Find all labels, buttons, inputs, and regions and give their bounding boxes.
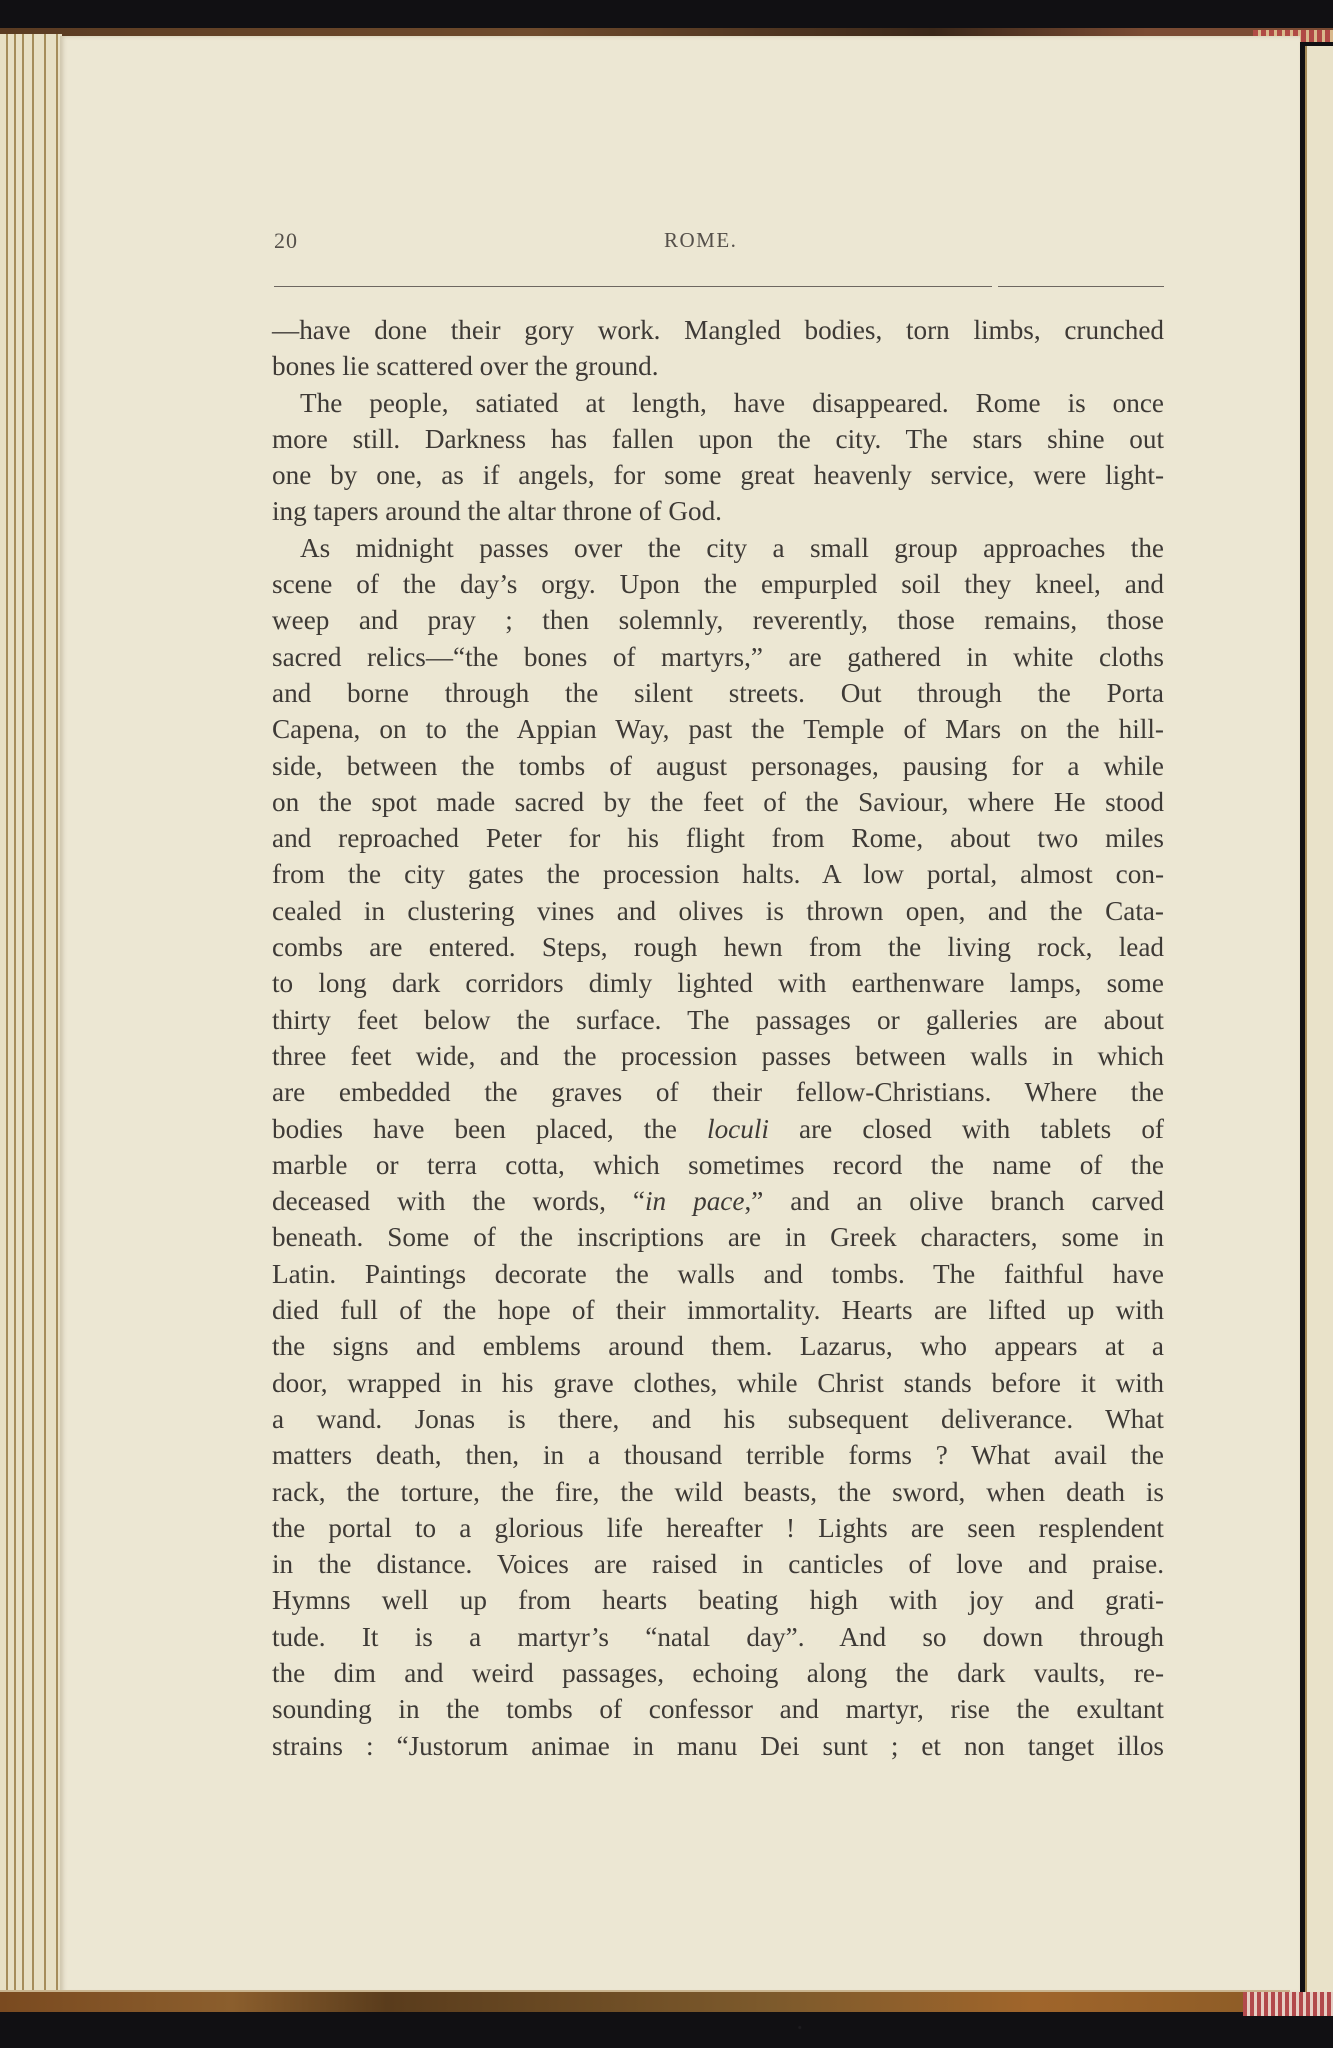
headband-bottom bbox=[1243, 1992, 1333, 2016]
text-line: deceased with the words, “in pace,” and … bbox=[272, 1183, 1164, 1219]
text-line: side, between the tombs of august person… bbox=[272, 748, 1164, 784]
text-line: matters death, then, in a thousand terri… bbox=[272, 1437, 1164, 1473]
text-line: combs are entered. Steps, rough hewn fro… bbox=[272, 929, 1164, 965]
text-line: are embedded the graves of their fellow-… bbox=[272, 1074, 1164, 1110]
italic-term: in pace bbox=[645, 1186, 744, 1216]
text-line: died full of the hope of their immortali… bbox=[272, 1292, 1164, 1328]
text-line: the signs and emblems around them. Lazar… bbox=[272, 1328, 1164, 1364]
text-line: on the spot made sacred by the feet of t… bbox=[272, 784, 1164, 820]
page-stack-left bbox=[0, 34, 62, 1996]
text-line: and reproached Peter for his flight from… bbox=[272, 820, 1164, 856]
text-line: three feet wide, and the procession pass… bbox=[272, 1038, 1164, 1074]
page-edge-line bbox=[44, 34, 46, 1996]
text-line: bones lie scattered over the ground. bbox=[272, 348, 1164, 384]
text-line: Hymns well up from hearts beating high w… bbox=[272, 1582, 1164, 1618]
text-line: more still. Darkness has fallen upon the… bbox=[272, 421, 1164, 457]
text-line: cealed in clustering vines and olives is… bbox=[272, 893, 1164, 929]
text-line: The people, satiated at length, have dis… bbox=[272, 385, 1164, 421]
text-line: Capena, on to the Appian Way, past the T… bbox=[272, 711, 1164, 747]
text-line: bodies have been placed, the loculi are … bbox=[272, 1111, 1164, 1147]
text-line: marble or terra cotta, which sometimes r… bbox=[272, 1147, 1164, 1183]
text-line: —have done their gory work. Mangled bodi… bbox=[272, 312, 1164, 348]
text-line: As midnight passes over the city a small… bbox=[272, 530, 1164, 566]
text-line: a wand. Jonas is there, and his subseque… bbox=[272, 1401, 1164, 1437]
text-line: and borne through the silent streets. Ou… bbox=[272, 675, 1164, 711]
header-rule bbox=[274, 286, 1164, 287]
text-line: in the distance. Voices are raised in ca… bbox=[272, 1546, 1164, 1582]
text-line: beneath. Some of the inscriptions are in… bbox=[272, 1219, 1164, 1255]
page-edge-line bbox=[22, 34, 24, 1996]
book-bottom-edge bbox=[0, 1990, 1290, 2012]
page-edge-line bbox=[32, 34, 34, 1996]
page-edge-line bbox=[6, 34, 8, 1996]
text-line: thirty feet below the surface. The passa… bbox=[272, 1002, 1164, 1038]
page-edge-line bbox=[14, 34, 16, 1996]
body-text: —have done their gory work. Mangled bodi… bbox=[272, 312, 1164, 1764]
text-line: door, wrapped in his grave clothes, whil… bbox=[272, 1365, 1164, 1401]
text-line: from the city gates the procession halts… bbox=[272, 856, 1164, 892]
text-line: ing tapers around the altar throne of Go… bbox=[272, 493, 1164, 529]
text-line: strains : “Justorum animae in manu Dei s… bbox=[272, 1728, 1164, 1764]
page-number: 20 bbox=[274, 228, 298, 254]
page-edge-line bbox=[56, 34, 58, 1996]
text-line: weep and pray ; then solemnly, reverentl… bbox=[272, 602, 1164, 638]
page-edge-right bbox=[1305, 46, 1333, 1996]
text-line: to long dark corridors dimly lighted wit… bbox=[272, 965, 1164, 1001]
text-line: Latin. Paintings decorate the walls and … bbox=[272, 1256, 1164, 1292]
italic-term: loculi bbox=[707, 1114, 769, 1144]
text-line: one by one, as if angels, for some great… bbox=[272, 457, 1164, 493]
text-line: the dim and weird passages, echoing alon… bbox=[272, 1655, 1164, 1691]
text-line: sacred relics—“the bones of martyrs,” ar… bbox=[272, 639, 1164, 675]
page-header: 20 ROME. bbox=[274, 228, 1164, 268]
text-line: sounding in the tombs of confessor and m… bbox=[272, 1691, 1164, 1727]
text-line: tude. It is a martyr’s “natal day”. And … bbox=[272, 1619, 1164, 1655]
running-head: ROME. bbox=[664, 228, 737, 253]
text-line: the portal to a glorious life hereafter … bbox=[272, 1510, 1164, 1546]
text-line: rack, the torture, the fire, the wild be… bbox=[272, 1474, 1164, 1510]
text-line: scene of the day’s orgy. Upon the empurp… bbox=[272, 566, 1164, 602]
